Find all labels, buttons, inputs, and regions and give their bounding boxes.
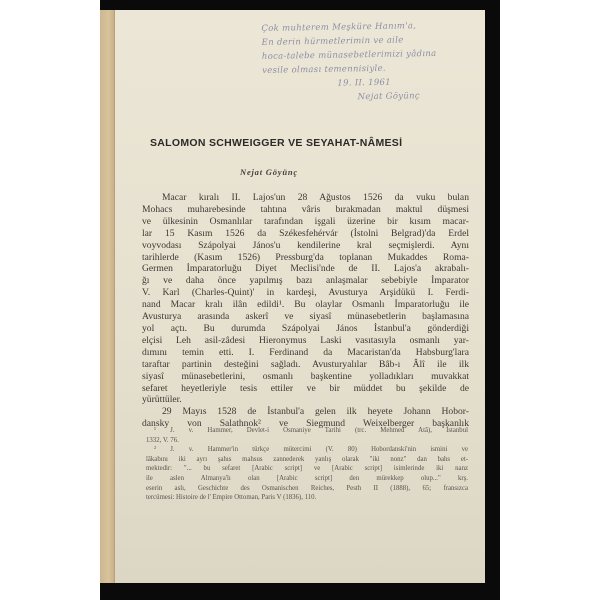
footnote-line: lâkabını iki ayrı şahıs mahsus zannedere… <box>146 455 468 465</box>
body-line: 29 Mayıs 1528 de İstanbul'a gelen ilk he… <box>142 406 469 418</box>
body-line: Germen İmparatorluğu Diyet Meclisi'nde d… <box>142 263 469 275</box>
article-author: Nejat Göyünç <box>240 167 298 177</box>
body-line: nand Macar kralı ilân edildi¹. Bu olayla… <box>142 299 469 311</box>
body-line: Mohacs muharebesinde tahtına vâris bırak… <box>142 204 469 216</box>
body-line: dımını temin etti. I. Ferdinand da Macar… <box>142 347 469 359</box>
footnote-line: ¹ J. v. Hammer, Devlet-i Osmaniye Tarihi… <box>146 426 468 436</box>
footnote-line: eserin aslı, Geschichte des Osmanischen … <box>146 484 468 494</box>
footnotes: ¹ J. v. Hammer, Devlet-i Osmaniye Tarihi… <box>146 426 468 503</box>
body-line: lar 15 Kasım 1526 da Székesfehérvár (İst… <box>142 228 469 240</box>
article-body: Macar kıralı II. Lajos'un 28 Ağustos 152… <box>142 192 469 430</box>
body-line: voyvodası Szápolyai János'u kendilerine … <box>142 240 469 252</box>
body-line: ğı ve daha önce yapılmış bazı anlaşmalar… <box>142 275 469 287</box>
body-line: Avusturya arasında askerî ve siyasî müna… <box>142 311 469 323</box>
footnote-line: ile aslen Almanya'lı olan [Arabic script… <box>146 474 468 484</box>
body-line: V. Karl (Charles-Quint)' in kardeşi, Avu… <box>142 287 469 299</box>
body-line: yürüttüler. <box>142 394 469 406</box>
body-line: ve ülkesinin Osmanlılar tarafından işgal… <box>142 216 469 228</box>
body-line: siyasî münasebetlerini, osmanlı başkenti… <box>142 371 469 383</box>
body-line: yol açtı. Bu durumda Szápolyai János İst… <box>142 323 469 335</box>
body-line: Macar kıralı II. Lajos'un 28 Ağustos 152… <box>142 192 469 204</box>
footnote-line: 1332, V. 76. <box>146 436 468 446</box>
page-binding-edge <box>100 10 115 583</box>
footnote-line: ² J. v. Hammer'in türkçe mütercimi (V. 8… <box>146 445 468 455</box>
footnote-line: mektedir: "... bu sefaret [Arabic script… <box>146 464 468 474</box>
footnote-line: tercümesi: Histoire de l' Empire Ottoman… <box>146 493 468 503</box>
body-line: tarihlerde (Kasım 1526) Pressburg'da top… <box>142 252 469 264</box>
handwritten-inscription: Çok muhterem Meşküre Hanım'a, En derin h… <box>261 18 482 106</box>
body-line: elçisi Leh asil-zâdesi Hieronymus Laski … <box>142 335 469 347</box>
body-line: taraftar partinin desteğini sağladı. Avu… <box>142 359 469 371</box>
article-title: SALOMON SCHWEIGGER VE SEYAHAT-NÂMESİ <box>150 137 470 149</box>
body-line: sefaret heyetleriyle tesis ettiler ve bi… <box>142 383 469 395</box>
